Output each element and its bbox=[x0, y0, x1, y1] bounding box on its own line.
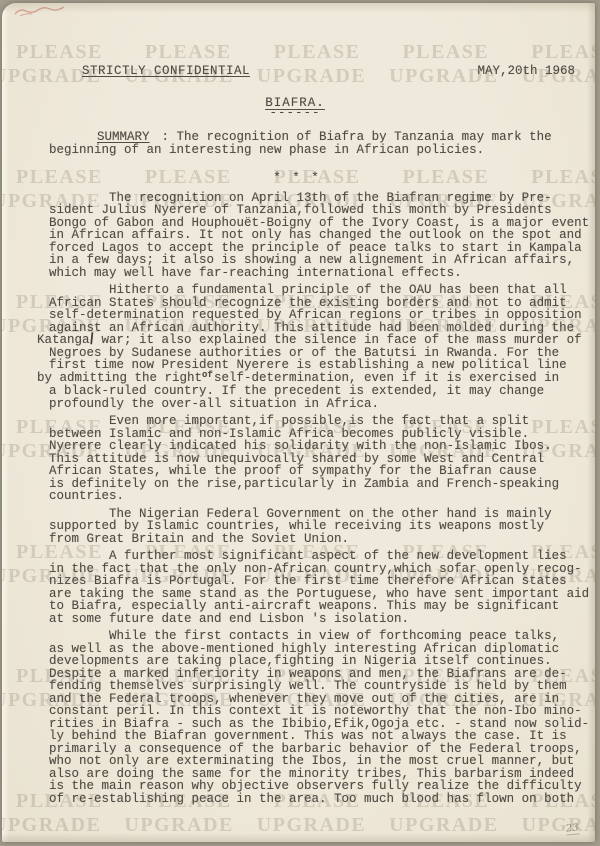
asterisk-separator: * * * bbox=[23, 172, 571, 185]
text-line: at some future date and end Lisbon 's is… bbox=[37, 613, 585, 626]
text-line: of re-establishing peace in the area. To… bbox=[37, 793, 585, 806]
title-underline-dashes: ------ bbox=[21, 110, 569, 117]
document-header: STRICTLY CONFIDENTIAL MAY,20th 1968 bbox=[37, 3, 585, 78]
text-line: beginning of an interesting new phase in… bbox=[37, 144, 585, 157]
document-body: STRICTLY CONFIDENTIAL MAY,20th 1968 BIAF… bbox=[37, 3, 585, 805]
text-line: countries. bbox=[37, 490, 585, 503]
date-label: MAY,20th 1968 bbox=[477, 65, 575, 78]
text-line: from Great Britain and the Soviet Union. bbox=[37, 533, 585, 546]
text-line: profoundly the over-all situation in Afr… bbox=[37, 398, 585, 411]
pencil-page-number: 23 bbox=[566, 822, 580, 835]
paragraph-4: The Nigerian Federal Government on the o… bbox=[37, 508, 585, 546]
summary-paragraph: SUMMARY: The recognition of Biafra by Ta… bbox=[37, 131, 585, 156]
paragraph-6: While the first contacts in view of fort… bbox=[37, 630, 585, 805]
paragraph-2: Hitherto a fundamental principle of the … bbox=[37, 284, 585, 410]
title-block: BIAFRA. ------ bbox=[21, 97, 569, 118]
text-line: which may well have far-reaching interna… bbox=[37, 267, 585, 280]
text-line: by admitting the rightofself-determinati… bbox=[37, 372, 585, 386]
scanned-document-page: { "document": { "classification": "STRIC… bbox=[0, 0, 600, 846]
paragraph-3: Even more important,if possible,is the f… bbox=[37, 415, 585, 503]
paragraph-1: The recognition on April 13th of the Bia… bbox=[37, 192, 585, 280]
classification-label: STRICTLY CONFIDENTIAL bbox=[82, 65, 250, 78]
paper-sheet: PLEASEPLEASEPLEASEPLEASEPLEASEUPGRADEUPG… bbox=[2, 3, 595, 842]
paragraph-5: A further most significant aspect of the… bbox=[37, 550, 585, 625]
